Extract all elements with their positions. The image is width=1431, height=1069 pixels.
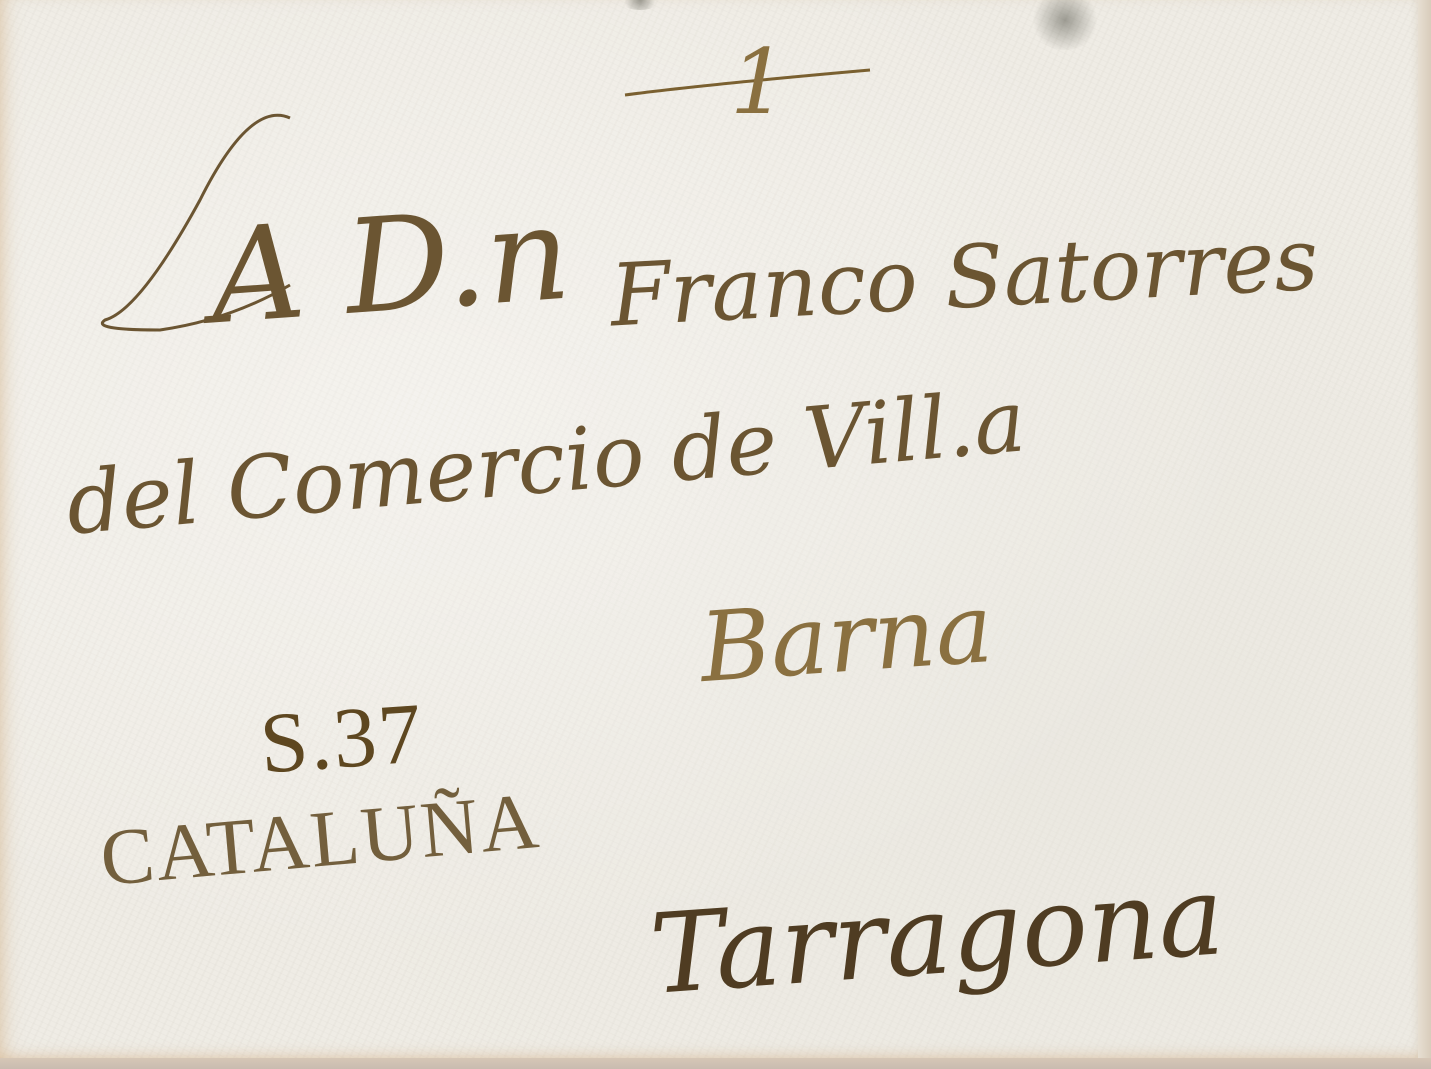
postmark-line1: S.37 — [257, 689, 426, 786]
rate-mark: 1 — [730, 38, 787, 128]
paper-right-edge — [1418, 0, 1431, 1069]
address-line1-prefix: A D.n — [206, 188, 574, 343]
paper-bottom-edge — [0, 1058, 1431, 1069]
address-line3: Barna — [697, 580, 996, 696]
